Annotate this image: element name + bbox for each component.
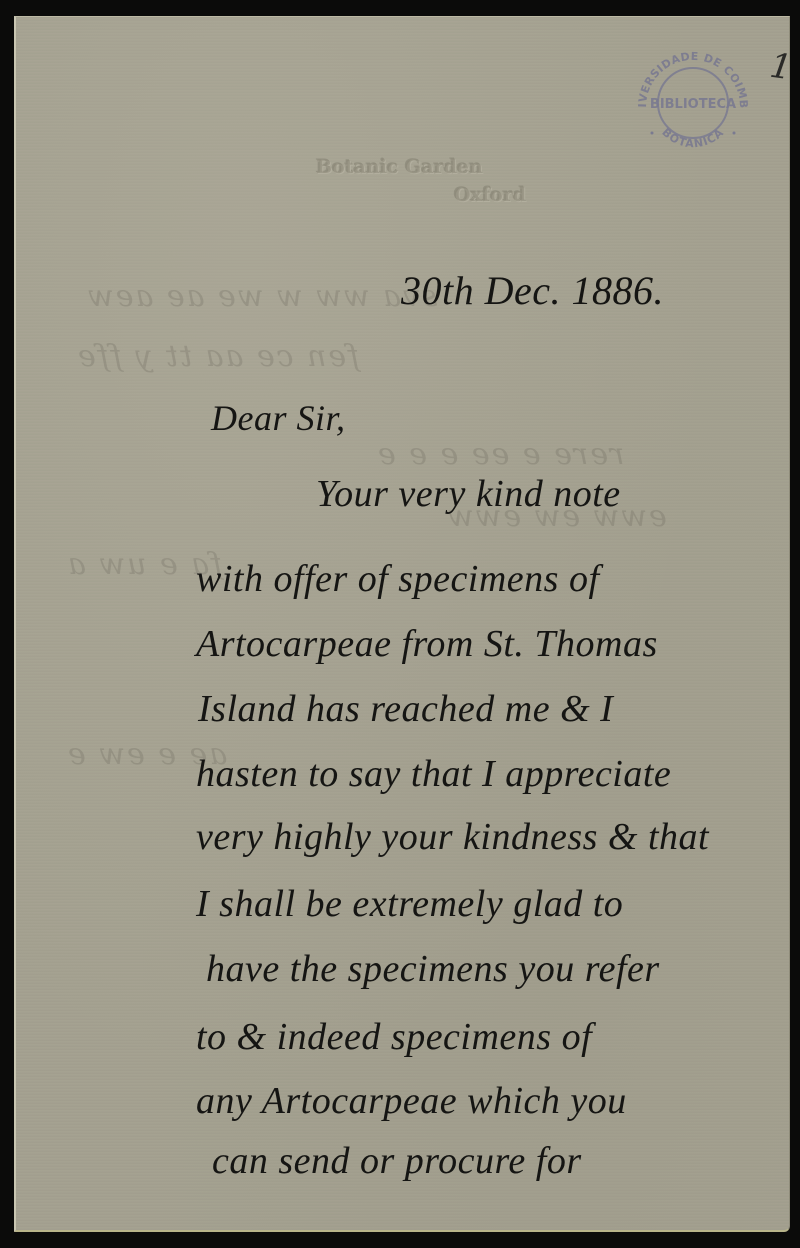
bleed-through-text: fen ce aa tt y ffe: [76, 339, 359, 374]
page-number: 1: [767, 46, 794, 89]
bleed-through-text: rere e ee e e e: [376, 437, 624, 472]
body-line: very highly your kindness & that: [196, 815, 709, 859]
body-line: I shall be extremely glad to: [196, 882, 623, 926]
letterhead-line-1: Botanic Garden: [306, 153, 546, 181]
body-line: hasten to say that I appreciate: [196, 752, 671, 796]
letter-salutation: Dear Sir,: [211, 397, 346, 439]
svg-text:BIBLIOTECA: BIBLIOTECA: [650, 97, 736, 112]
body-line: to & indeed specimens of: [196, 1015, 592, 1059]
body-line: Artocarpeae from St. Thomas: [196, 622, 658, 666]
body-line: can send or procure for: [212, 1139, 582, 1183]
letterhead-line-2: Oxford: [306, 181, 546, 209]
body-line: any Artocarpeae which you: [196, 1079, 627, 1123]
bleed-through-text: sva ww w we ae aew: [86, 279, 437, 314]
embossed-letterhead: Botanic Garden Oxford: [306, 153, 546, 209]
body-line: with offer of specimens of: [196, 557, 600, 601]
library-stamp: UNIVERSIDADE DE COIMBRA BIBLIOTECA BOTAN…: [628, 45, 758, 157]
letter-date: 30th Dec. 1886.: [401, 267, 664, 314]
svg-text:BOTANICA: BOTANICA: [659, 126, 726, 151]
body-line: Island has reached me & I: [198, 687, 613, 731]
body-line: have the specimens you refer: [206, 947, 660, 991]
letter-page: sva ww w we ae aew fen ce aa tt y ffe re…: [14, 16, 790, 1232]
stamp-seal-icon: UNIVERSIDADE DE COIMBRA BIBLIOTECA BOTAN…: [628, 45, 758, 157]
body-line: Your very kind note: [316, 472, 621, 516]
